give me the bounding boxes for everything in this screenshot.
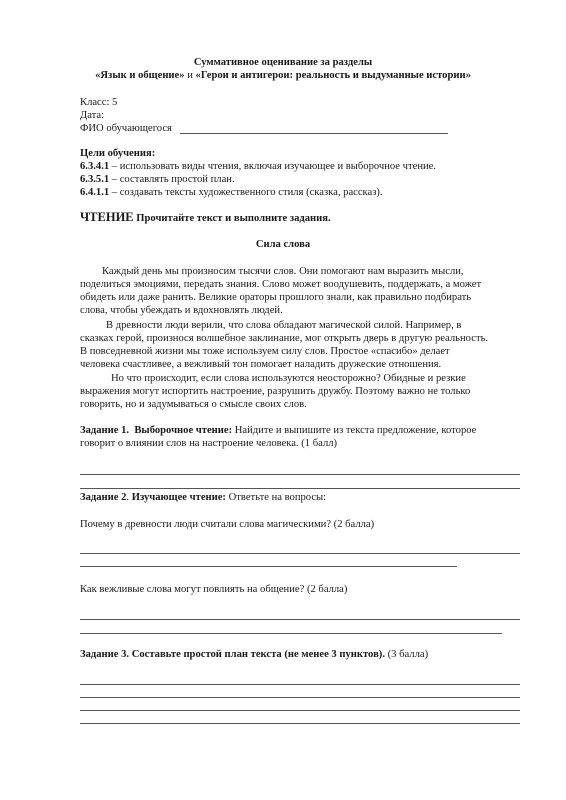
worksheet-page: Суммативное оценивание за разделы «Язык …	[0, 0, 566, 800]
task-2-text: Ответьте на вопросы:	[226, 492, 326, 503]
task-2-answer-2-line[interactable]	[80, 619, 520, 620]
class-label: Класс: 5	[80, 96, 117, 109]
task-3-answer-line[interactable]	[80, 710, 520, 711]
objective-text: – использовать виды чтения, включая изуч…	[109, 161, 436, 172]
text-line: слова, чтобы убеждать и вдохновлять люде…	[80, 304, 283, 317]
task-2-answer-1-line[interactable]	[80, 566, 457, 567]
objective-item: 6.4.1.1 – создавать тексты художественно…	[80, 186, 383, 199]
task-1-answer-line[interactable]	[80, 474, 520, 475]
task-3-points: (3 балла)	[385, 649, 428, 660]
task-2-answer-1-line[interactable]	[80, 553, 520, 554]
section-2-title: «Герои и антигерои: реальность и выдуман…	[196, 70, 471, 81]
text-title: Сила слова	[0, 238, 566, 251]
section-1-title: «Язык и общение»	[95, 70, 184, 81]
task-2-type: Изучающее чтение:	[129, 492, 226, 503]
text-line: поделиться эмоциями, передать знания. Сл…	[80, 278, 481, 291]
task-2-question-2: Как вежливые слова могут повлиять на общ…	[80, 583, 347, 596]
task-3-label: Задание 3. Составьте простой план текста…	[80, 649, 385, 660]
task-2-prompt: Задание 2. Изучающее чтение: Ответьте на…	[80, 491, 326, 504]
student-name-field[interactable]	[180, 133, 448, 134]
student-name-label: ФИО обучающегося	[80, 122, 172, 135]
objective-code: 6.4.1.1	[80, 187, 109, 198]
objective-text: – создавать тексты художественного стиля…	[109, 187, 382, 198]
text-line: Но что происходит, если слова используют…	[111, 372, 466, 385]
task-1-label: Задание 1.	[80, 425, 129, 436]
task-2-label: Задание 2	[80, 492, 126, 503]
section-conjunction: и	[185, 70, 196, 81]
objective-item: 6.3.4.1 – использовать виды чтения, вклю…	[80, 160, 436, 173]
task-1-text: Найдите и выпишите из текста предложение…	[232, 425, 476, 436]
task-2-question-1: Почему в древности люди считали слова ма…	[80, 518, 374, 531]
text-line: В повседневной жизни мы тоже используем …	[80, 345, 450, 358]
task-3-answer-line[interactable]	[80, 684, 520, 685]
task-3-answer-line[interactable]	[80, 723, 520, 724]
task-3-answer-line[interactable]	[80, 697, 520, 698]
text-line: выражения могут испортить настроение, ра…	[80, 385, 470, 398]
text-line: говорить, но и задумываться о смысле сво…	[80, 398, 307, 411]
worksheet-sections: «Язык и общение» и «Герои и антигерои: р…	[0, 69, 566, 82]
task-1-text-line2: говорит о влиянии слов на настроение чел…	[80, 437, 337, 450]
text-line: В древности люди верили, что слова облад…	[106, 319, 461, 332]
objectives-heading: Цели обучения:	[80, 147, 155, 160]
reading-heading: ЧТЕНИЕ Прочитайте текст и выполните зада…	[80, 211, 331, 225]
reading-heading-main: ЧТЕНИЕ	[80, 210, 134, 224]
date-label: Дата:	[80, 109, 104, 122]
reading-heading-instruction: Прочитайте текст и выполните задания.	[134, 213, 331, 224]
objective-text: – составлять простой план.	[109, 174, 234, 185]
task-2-answer-2-line[interactable]	[80, 633, 502, 634]
task-3-prompt: Задание 3. Составьте простой план текста…	[80, 648, 428, 661]
text-line: сказках герой, произнося волшебное закли…	[80, 332, 488, 345]
text-line: Каждый день мы произносим тысячи слов. О…	[102, 265, 464, 278]
worksheet-title: Суммативное оценивание за разделы	[0, 56, 566, 69]
text-line: обидеть или даже ранить. Великие ораторы…	[80, 291, 471, 304]
objective-code: 6.3.5.1	[80, 174, 109, 185]
task-1-type: Выборочное чтение:	[134, 425, 232, 436]
text-line: человека счастливее, а вежливый тон помо…	[80, 358, 441, 371]
objective-item: 6.3.5.1 – составлять простой план.	[80, 173, 235, 186]
task-1-prompt: Задание 1. Выборочное чтение: Найдите и …	[80, 424, 476, 437]
objective-code: 6.3.4.1	[80, 161, 109, 172]
task-1-answer-line[interactable]	[80, 488, 520, 489]
